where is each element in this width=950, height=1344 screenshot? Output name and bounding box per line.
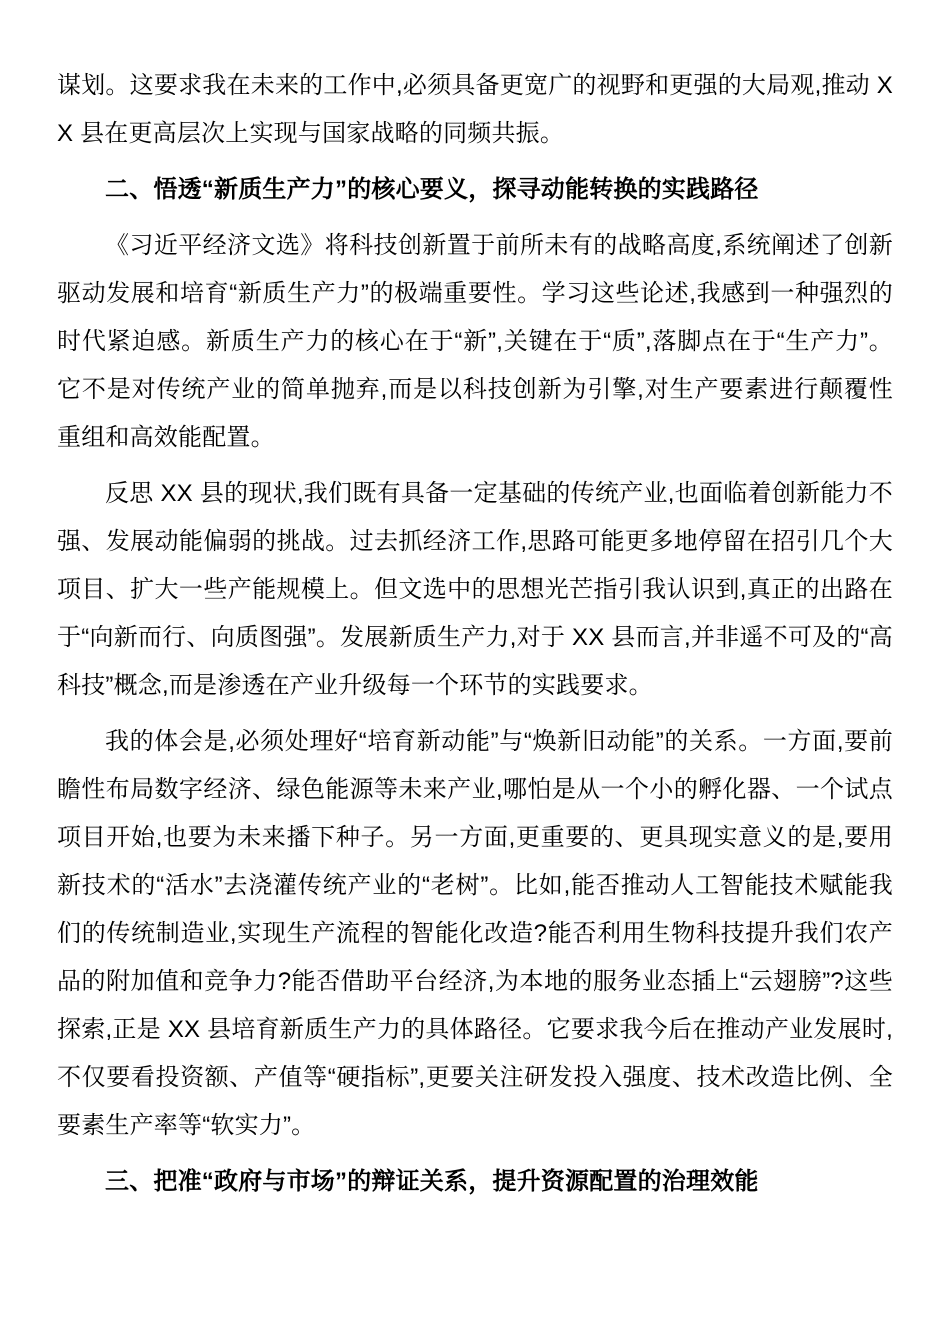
document-page: 谋划。这要求我在未来的工作中,必须具备更宽广的视野和更强的大局观,推动 XX 县… bbox=[0, 0, 950, 1344]
section-heading-3: 三、把准“政府与市场”的辩证关系，提升资源配置的治理效能 bbox=[57, 1158, 893, 1206]
paragraph-continuation: 谋划。这要求我在未来的工作中,必须具备更宽广的视野和更强的大局观,推动 XX 县… bbox=[57, 62, 893, 158]
section-heading-2: 二、悟透“新质生产力”的核心要义，探寻动能转换的实践路径 bbox=[57, 166, 893, 214]
body-paragraph: 反思 XX 县的现状,我们既有具备一定基础的传统产业,也面临着创新能力不强、发展… bbox=[57, 470, 893, 710]
body-paragraph: 《习近平经济文选》将科技创新置于前所未有的战略高度,系统阐述了创新驱动发展和培育… bbox=[57, 222, 893, 462]
body-paragraph: 我的体会是,必须处理好“培育新动能”与“焕新旧动能”的关系。一方面,要前瞻性布局… bbox=[57, 718, 893, 1150]
